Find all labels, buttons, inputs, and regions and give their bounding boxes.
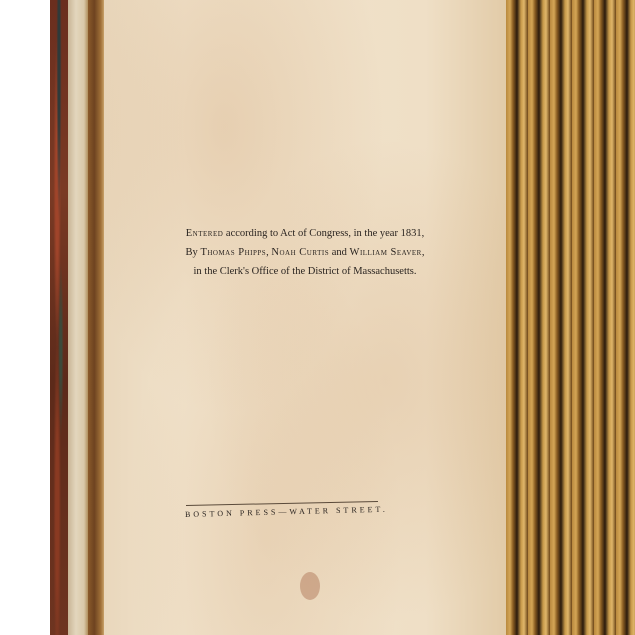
separator: , (422, 247, 425, 258)
copyright-line-3: in the Clerk's Office of the District of… (104, 262, 506, 281)
name-noah-curtis: Noah Curtis (271, 247, 329, 258)
book-photo: Entered according to Act of Congress, in… (0, 0, 635, 635)
name-thomas-phipps: Thomas Phipps (200, 247, 266, 258)
by-text: By (186, 247, 201, 258)
book-page (104, 0, 506, 635)
gilt-fore-edges (506, 0, 635, 635)
copyright-line-1: Entered according to Act of Congress, in… (104, 224, 506, 243)
separator: and (329, 247, 349, 258)
copyright-line-2: By Thomas Phipps, Noah Curtis and Willia… (104, 243, 506, 262)
copyright-notice: Entered according to Act of Congress, in… (104, 224, 506, 281)
endpaper (68, 0, 88, 635)
marbled-cover-edge (50, 0, 68, 635)
entered-word: Entered (186, 228, 224, 239)
page-stain (300, 572, 320, 600)
copyright-line-1-text: according to Act of Congress, in the yea… (223, 228, 424, 239)
binding-gutter (88, 0, 104, 635)
name-william-seaver: William Seaver (350, 247, 422, 258)
background (0, 0, 52, 635)
